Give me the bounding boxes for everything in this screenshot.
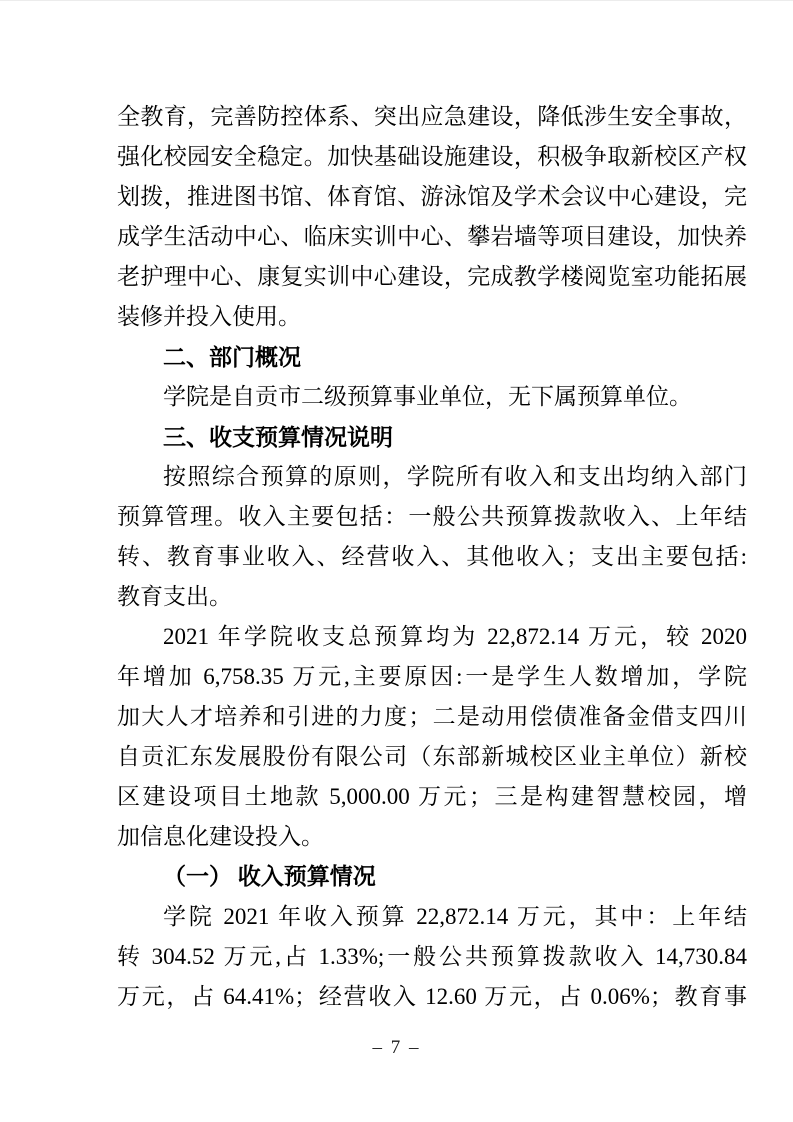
section-heading: （一） 收入预算情况: [117, 857, 747, 897]
text-line: （一） 收入预算情况: [117, 857, 747, 897]
text-line: 教育支出。: [117, 577, 747, 617]
text-line: 划拨，推进图书馆、体育馆、游泳馆及学术会议中心建设，完: [117, 177, 747, 217]
paragraph: 2021 年学院收支总预算均为 22,872.14 万元，较 2020年增加 6…: [117, 617, 747, 857]
text-line: 转、教育事业收入、经营收入、其他收入；支出主要包括:: [117, 537, 747, 577]
text-line: 加大人才培养和引进的力度；二是动用偿债准备金借支四川: [117, 697, 747, 737]
text-line: 成学生活动中心、临床实训中心、攀岩墙等项目建设，加快养: [117, 217, 747, 257]
text-line: 装修并投入使用。: [117, 297, 747, 337]
text-line: 预算管理。收入主要包括：一般公共预算拨款收入、上年结: [117, 497, 747, 537]
text-line: 老护理中心、康复实训中心建设，完成教学楼阅览室功能拓展: [117, 257, 747, 297]
text-line: 学院 2021 年收入预算 22,872.14 万元，其中：上年结: [117, 897, 747, 937]
text-line: 按照综合预算的原则，学院所有收入和支出均纳入部门: [117, 457, 747, 497]
text-line: 转 304.52 万元,占 1.33%;一般公共预算拨款收入 14,730.84: [117, 937, 747, 977]
paragraph: 学院是自贡市二级预算事业单位，无下属预算单位。: [117, 377, 747, 417]
text-line: 全教育，完善防控体系、突出应急建设，降低涉生安全事故，: [117, 97, 747, 137]
text-line: 年增加 6,758.35 万元,主要原因:一是学生人数增加，学院: [117, 657, 747, 697]
paragraph: 按照综合预算的原则，学院所有收入和支出均纳入部门预算管理。收入主要包括：一般公共…: [117, 457, 747, 617]
section-heading: 二、部门概况: [117, 337, 747, 377]
text-line: 强化校园安全稳定。加快基础设施建设，积极争取新校区产权: [117, 137, 747, 177]
text-line: 三、收支预算情况说明: [117, 417, 747, 457]
document-page: 全教育，完善防控体系、突出应急建设，降低涉生安全事故，强化校园安全稳定。加快基础…: [0, 0, 793, 1122]
document-body: 全教育，完善防控体系、突出应急建设，降低涉生安全事故，强化校园安全稳定。加快基础…: [117, 97, 747, 1017]
paragraph: 全教育，完善防控体系、突出应急建设，降低涉生安全事故，强化校园安全稳定。加快基础…: [117, 97, 747, 337]
text-line: 二、部门概况: [117, 337, 747, 377]
text-line: 区建设项目土地款 5,000.00 万元；三是构建智慧校园，增: [117, 777, 747, 817]
text-line: 万元，占 64.41%；经营收入 12.60 万元，占 0.06%；教育事: [117, 977, 747, 1017]
section-heading: 三、收支预算情况说明: [117, 417, 747, 457]
text-line: 2021 年学院收支总预算均为 22,872.14 万元，较 2020: [117, 617, 747, 657]
text-line: 加信息化建设投入。: [117, 817, 747, 857]
paragraph: 学院 2021 年收入预算 22,872.14 万元，其中：上年结转 304.5…: [117, 897, 747, 1017]
text-line: 学院是自贡市二级预算事业单位，无下属预算单位。: [117, 377, 747, 417]
text-line: 自贡汇东发展股份有限公司（东部新城校区业主单位）新校: [117, 737, 747, 777]
page-number: – 7 –: [0, 1037, 793, 1059]
